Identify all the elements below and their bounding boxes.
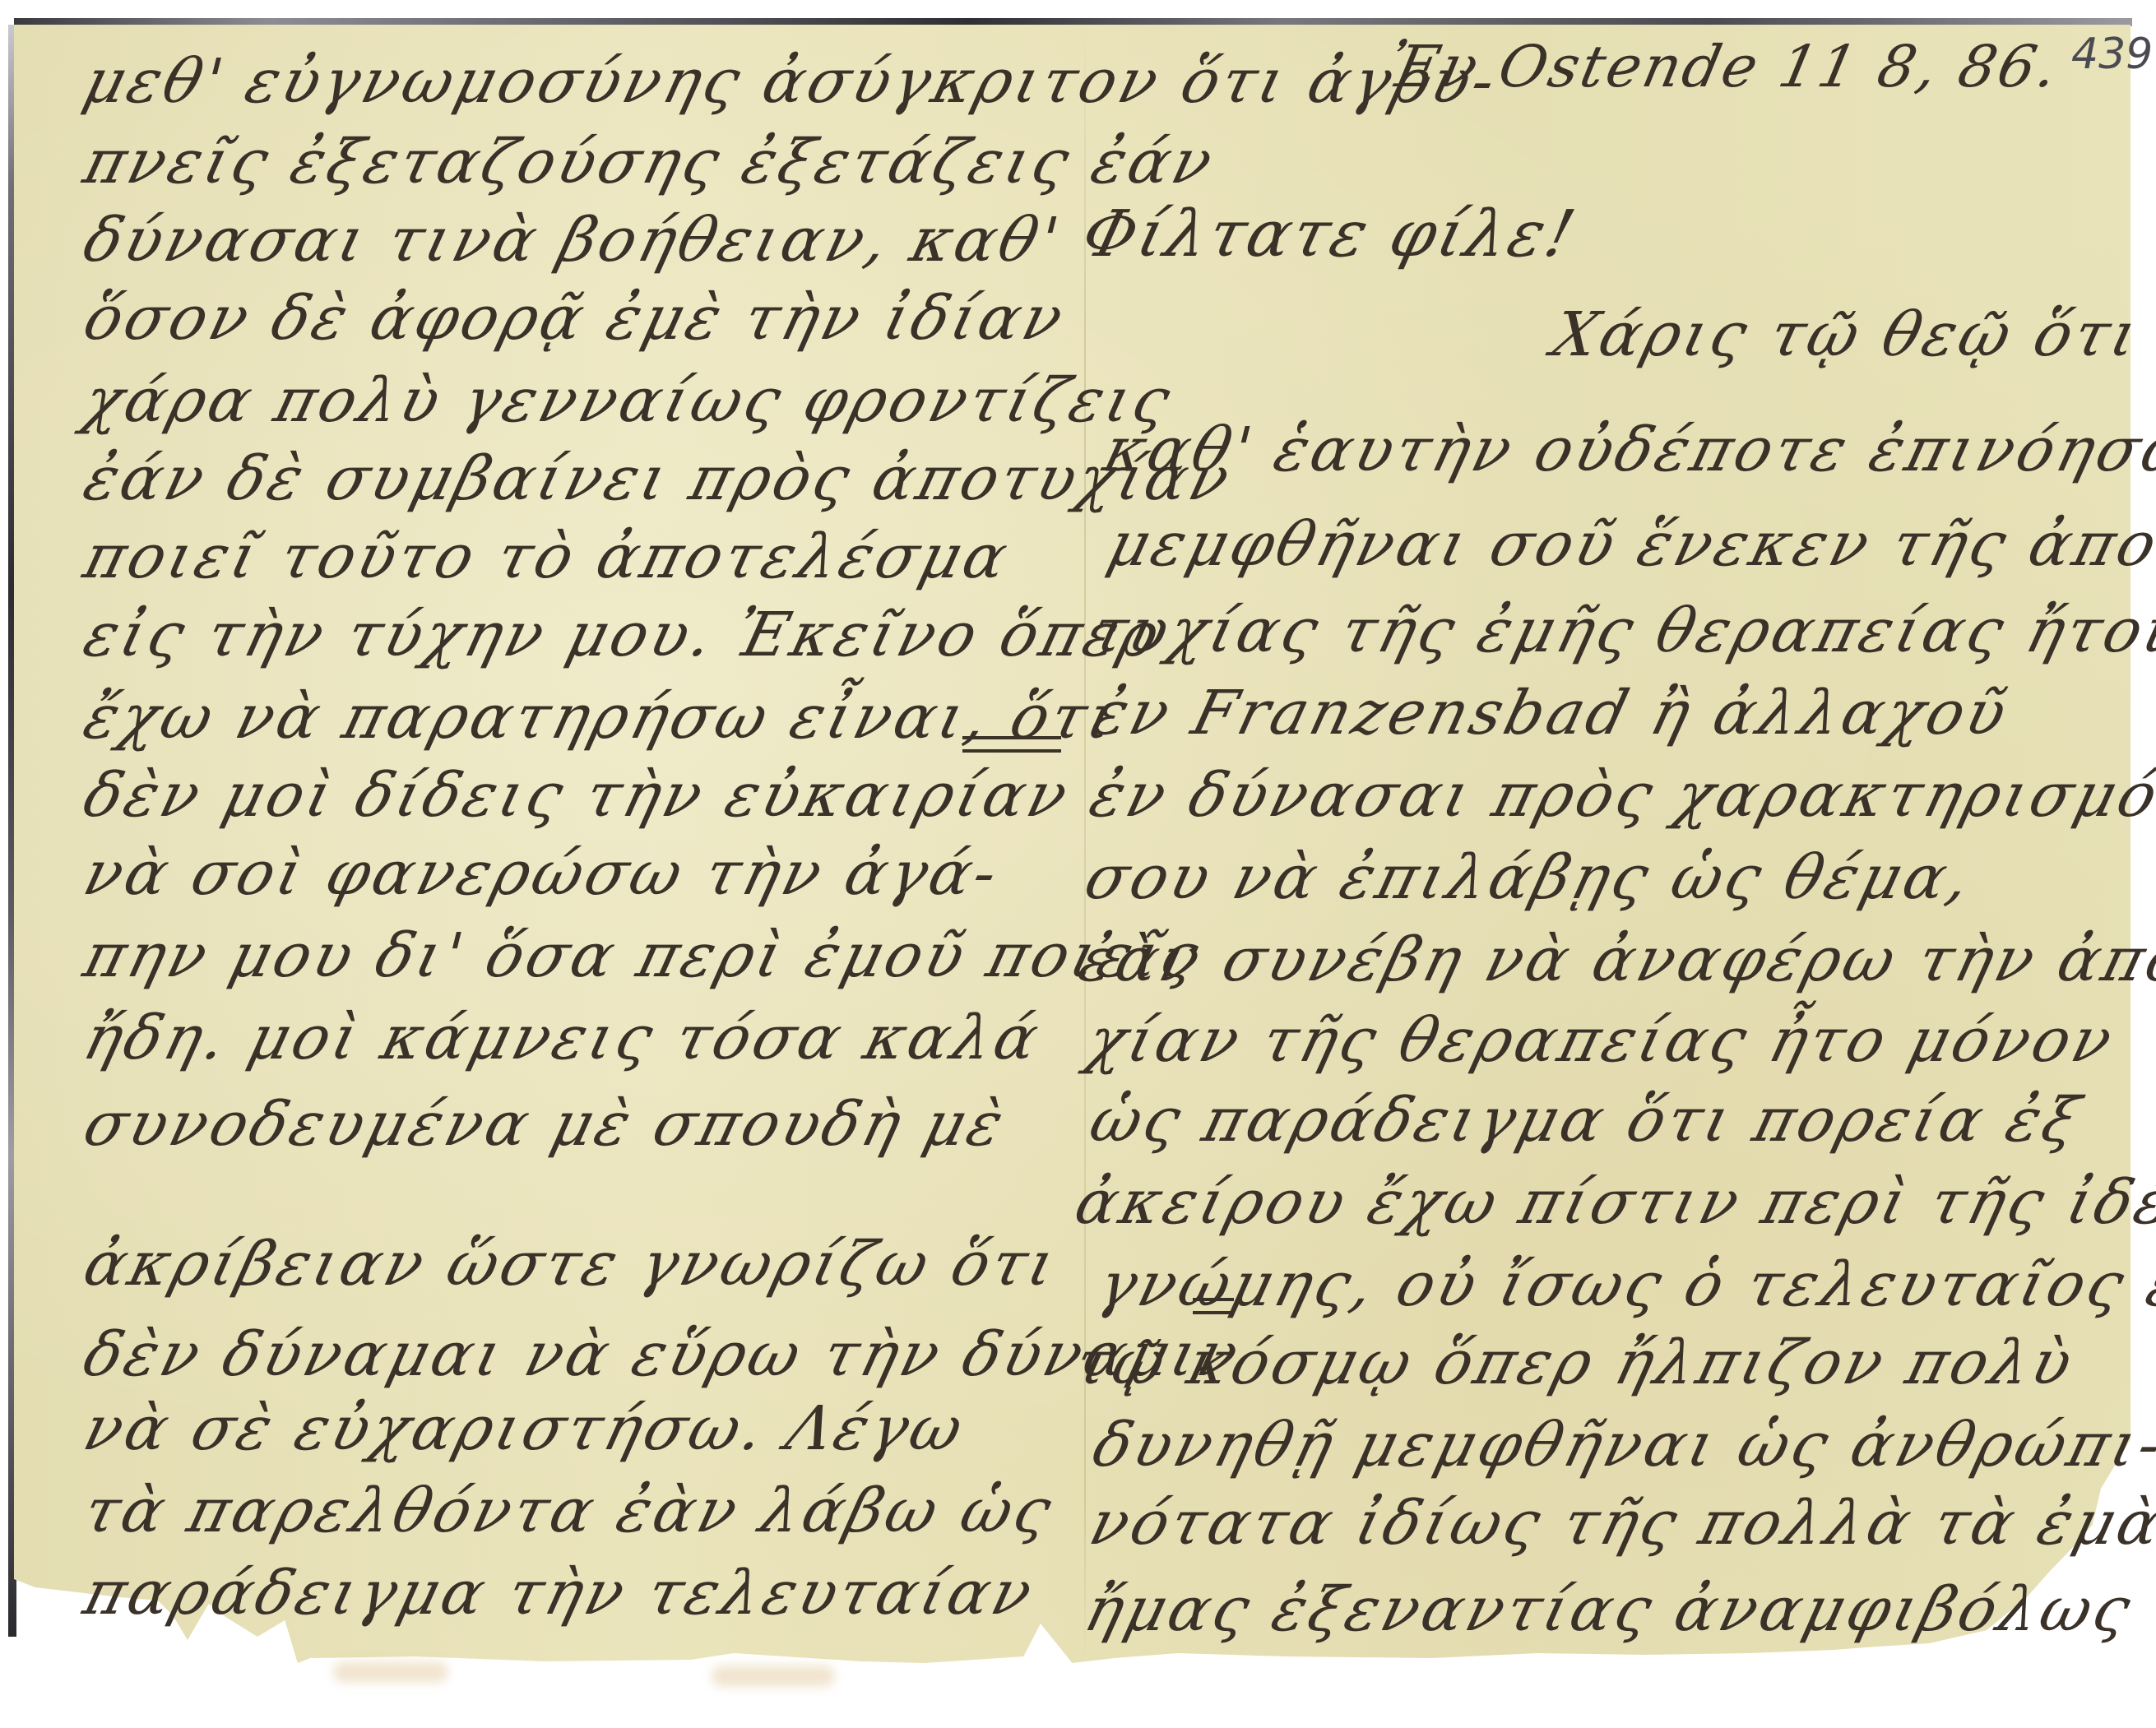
paper-stain (712, 1665, 835, 1687)
text-line: ἐν Franzensbad ἢ ἀλλαχοῦ (1087, 683, 2015, 744)
double-underline (1193, 1298, 1234, 1314)
text-line: χάρα πολὺ γενναίως φροντίζεις (78, 370, 1179, 431)
salutation: Φίλτατε φίλε! (1075, 197, 1584, 271)
text-line: Χάρις τῷ θεῷ ὅτι ἐγώ (1546, 304, 2156, 365)
fold-line (1084, 26, 1086, 1663)
text-line: ἐάν δὲ συμβαίνει πρὸς ἀποτυχίαν (78, 448, 1239, 509)
text-line: ἐν δύνασαι πρὸς χαρακτηρισμόν (1084, 765, 2156, 826)
text-line: χίαν τῆς θεραπείας ἦτο μόνον (1082, 1010, 2121, 1071)
text-line: ἀκρίβειαν ὥστε γνωρίζω ὅτι (78, 1234, 1064, 1295)
text-line: εἰς τὴν τύχην μου. Ἐκεῖνο ὅπερ (78, 605, 1167, 665)
text-line: ὡς παράδειγμα ὅτι πορεία ἐξ (1084, 1090, 2088, 1151)
text-line: δὲν δύναμαι νὰ εὕρω τὴν δύναμιν (78, 1324, 1247, 1385)
text-line: τῷ κόσμῳ ὅπερ ἤλπιζον πολὺ (1069, 1332, 2081, 1393)
text-line: δὲν μοὶ δίδεις τὴν εὐκαιρίαν (78, 765, 1077, 826)
archive-page-number: 439 (2071, 30, 2153, 79)
text-line: ἐὰν συνέβη νὰ ἀναφέρω τὴν ἀποτυ- (1073, 929, 2156, 990)
text-line: πνεῖς ἐξεταζούσης ἐξετάζεις ἐάν (78, 132, 1222, 192)
text-line: νὰ σὲ εὐχαριστήσω. Λέγω (78, 1398, 971, 1459)
text-line: δυνηθῇ μεμφθῆναι ὡς ἀνθρώπι- (1087, 1415, 2156, 1476)
paper-stain (333, 1661, 448, 1683)
text-line: συνοδευμένα μὲ σπουδὴ μὲ (78, 1094, 1012, 1155)
text-line: δύνασαι τινὰ βοήθειαν, καθ' (78, 210, 1068, 271)
text-line: μεθ' εὐγνωμοσύνης ἀσύγκριτον ὅτι ἀγρυ- (78, 51, 1505, 112)
text-line: μεμφθῆναι σοῦ ἕνεκεν τῆς ἀπο- (1102, 514, 2156, 575)
text-line: γνώμης, οὐ ἴσως ὁ τελευταῖος ἐν (1092, 1254, 2156, 1315)
text-line: νότατα ἰδίως τῆς πολλὰ τὰ ἐμὰ (1084, 1493, 2156, 1554)
text-line: καθ' ἑαυτὴν οὐδέποτε ἐπινόησα (1098, 419, 2156, 480)
text-line: ἤδη. μοὶ κάμνεις τόσα καλά (78, 1008, 1047, 1068)
text-line: ἤμας ἐξεναντίας ἀναμφιβόλως (1079, 1579, 2140, 1640)
text-line: ὅσον δὲ ἀφορᾷ ἐμὲ τὴν ἰδίαν (78, 288, 1072, 349)
text-line: νὰ σοὶ φανερώσω τὴν ἀγά- (78, 843, 1006, 904)
text-line: τυχίας τῆς ἐμῆς θεραπείας ἤτοι (1086, 600, 2156, 661)
text-line: πην μου δι' ὅσα περὶ ἐμοῦ ποιεῖς (78, 925, 1208, 986)
text-line: τὰ παρελθόντα ἐὰν λάβω ὡς (78, 1480, 1060, 1541)
text-line: σου νὰ ἐπιλάβῃς ὡς θέμα, (1079, 847, 1979, 908)
text-line: παράδειγμα τὴν τελευταίαν (78, 1563, 1041, 1624)
text-line: ποιεῖ τοῦτο τὸ ἀποτελέσμα (78, 526, 1016, 587)
text-line: ἀκείρου ἔχω πίστιν περὶ τῆς ἰδέ- (1069, 1172, 2156, 1233)
double-underline (962, 736, 1061, 753)
